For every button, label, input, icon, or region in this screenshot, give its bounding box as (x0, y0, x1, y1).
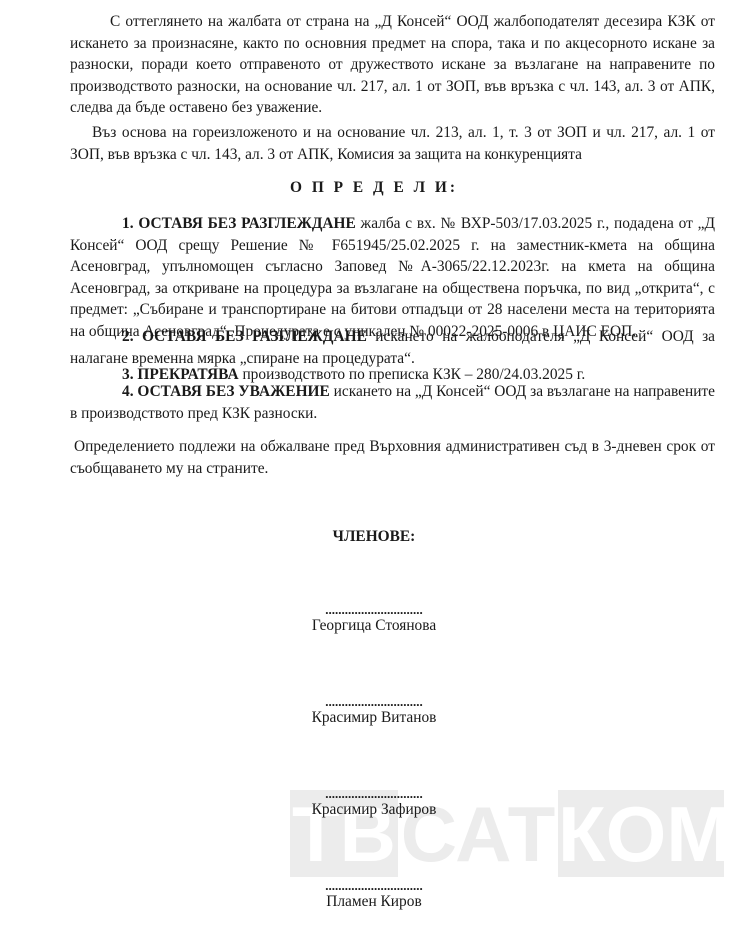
signature-block-4: .............................. Пламен Ки… (0, 880, 748, 912)
member-name: Красимир Зафиров (0, 800, 748, 820)
decision-item-1-text: жалба с вх. № ВХР-503/17.03.2025 г., под… (70, 215, 715, 340)
decision-item-1-action: 1. ОСТАВЯ БЕЗ РАЗГЛЕЖДАНЕ (122, 215, 356, 232)
decision-item-2-action: 2. ОСТАВЯ БЕЗ РАЗГЛЕЖДАНЕ (122, 328, 367, 345)
heading-decides: О П Р Е Д Е Л И: (0, 179, 748, 197)
paragraph-withdrawal: С оттеглянето на жалбата от страна на „Д… (70, 11, 715, 119)
signature-block-1: .............................. Георгица … (0, 604, 748, 636)
signature-line: .............................. (0, 604, 748, 616)
decision-item-4-action: 4. ОСТАВЯ БЕЗ УВАЖЕНИЕ (122, 383, 330, 400)
heading-members: ЧЛЕНОВЕ: (0, 528, 748, 546)
signature-line: .............................. (0, 788, 748, 800)
member-name: Георгица Стоянова (0, 616, 748, 636)
paragraph-appeal: Определението подлежи на обжалване пред … (70, 436, 715, 479)
decision-item-2: 2. ОСТАВЯ БЕЗ РАЗГЛЕЖДАНЕ искането на жа… (70, 326, 715, 369)
signature-line: .............................. (0, 696, 748, 708)
decision-item-1: 1. ОСТАВЯ БЕЗ РАЗГЛЕЖДАНЕ жалба с вх. № … (70, 213, 715, 342)
decision-item-4: 4. ОСТАВЯ БЕЗ УВАЖЕНИЕ искането на „Д Ко… (70, 381, 715, 424)
signature-block-2: .............................. Красимир … (0, 696, 748, 728)
signature-line: .............................. (0, 880, 748, 892)
paragraph-basis: Въз основа на гореизложеното и на основа… (70, 122, 715, 165)
member-name: Красимир Витанов (0, 708, 748, 728)
member-name: Пламен Киров (0, 892, 748, 912)
signature-block-3: .............................. Красимир … (0, 788, 748, 820)
